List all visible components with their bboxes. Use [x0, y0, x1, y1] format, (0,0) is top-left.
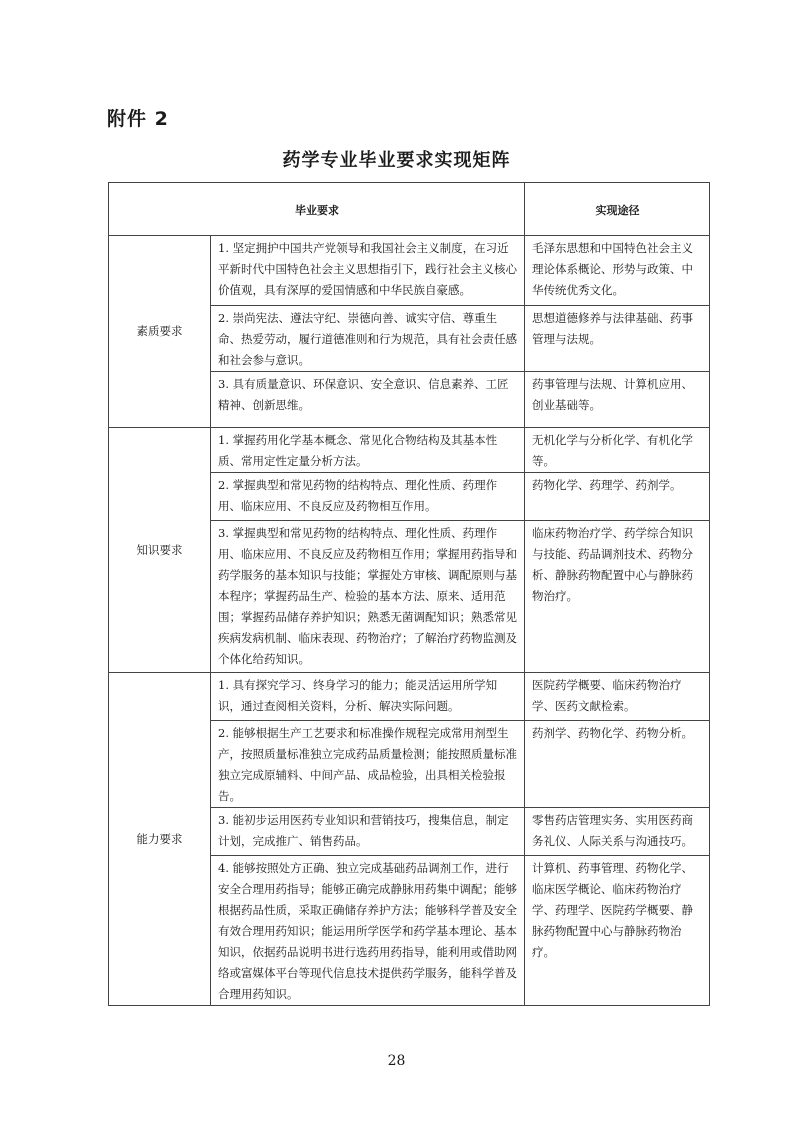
header-path: 实现途径: [525, 183, 710, 236]
table-header-row: 毕业要求 实现途径: [109, 183, 710, 236]
requirement-cell: 2. 崇尚宪法、遵法守纪、崇德向善、诚实守信、尊重生命、热爱劳动，履行道德准则和…: [211, 306, 525, 372]
requirement-cell: 3. 具有质量意识、环保意识、安全意识、信息素养、工匠精神、创新思维。: [211, 372, 525, 428]
path-cell: 计算机、药事管理、药物化学、临床医学概论、临床药物治疗学、药理学、医院药学概要、…: [525, 856, 710, 1006]
path-cell: 药剂学、药物化学、药物分析。: [525, 721, 710, 808]
document-title: 药学专业毕业要求实现矩阵: [0, 146, 793, 172]
path-cell: 零售药店管理实务、实用医药商务礼仪、人际关系与沟通技巧。: [525, 808, 710, 856]
path-cell: 无机化学与分析化学、有机化学等。: [525, 428, 710, 473]
path-cell: 毛泽东思想和中国特色社会主义理论体系概论、形势与政策、中华传统优秀文化。: [525, 236, 710, 306]
requirement-cell: 1. 坚定拥护中国共产党领导和我国社会主义制度，在习近平新时代中国特色社会主义思…: [211, 236, 525, 306]
category-cell: 能力要求: [109, 673, 211, 1006]
requirement-cell: 2. 掌握典型和常见药物的结构特点、理化性质、药理作用、临床应用、不良反应及药物…: [211, 473, 525, 521]
path-cell: 临床药物治疗学、药学综合知识与技能、药品调剂技术、药物分析、静脉药物配置中心与静…: [525, 521, 710, 673]
path-cell: 药物化学、药理学、药剂学。: [525, 473, 710, 521]
table-row: 能力要求 1. 具有探究学习、终身学习的能力；能灵活运用所学知识，通过查阅相关资…: [109, 673, 710, 721]
page-number: 28: [0, 1053, 793, 1069]
path-cell: 医院药学概要、临床药物治疗学、医药文献检索。: [525, 673, 710, 721]
requirement-cell: 4. 能够按照处方正确、独立完成基础药品调剂工作，进行安全合理用药指导；能够正确…: [211, 856, 525, 1006]
requirement-cell: 3. 掌握典型和常见药物的结构特点、理化性质、药理作用、临床应用、不良反应及药物…: [211, 521, 525, 673]
requirement-cell: 1. 具有探究学习、终身学习的能力；能灵活运用所学知识，通过查阅相关资料，分析、…: [211, 673, 525, 721]
requirement-cell: 2. 能够根据生产工艺要求和标准操作规程完成常用剂型生产，按照质量标准独立完成药…: [211, 721, 525, 808]
requirement-cell: 1. 掌握药用化学基本概念、常见化合物结构及其基本性质、常用定性定量分析方法。: [211, 428, 525, 473]
graduation-requirements-matrix: 毕业要求 实现途径 素质要求 1. 坚定拥护中国共产党领导和我国社会主义制度，在…: [108, 182, 710, 1006]
table-row: 素质要求 1. 坚定拥护中国共产党领导和我国社会主义制度，在习近平新时代中国特色…: [109, 236, 710, 306]
header-requirement: 毕业要求: [109, 183, 525, 236]
path-cell: 药事管理与法规、计算机应用、创业基础等。: [525, 372, 710, 428]
attachment-label: 附件 2: [107, 104, 169, 131]
category-cell: 知识要求: [109, 428, 211, 673]
requirement-cell: 3. 能初步运用医药专业知识和营销技巧，搜集信息，制定计划，完成推广、销售药品。: [211, 808, 525, 856]
category-cell: 素质要求: [109, 236, 211, 428]
path-cell: 思想道德修养与法律基础、药事管理与法规。: [525, 306, 710, 372]
table-row: 知识要求 1. 掌握药用化学基本概念、常见化合物结构及其基本性质、常用定性定量分…: [109, 428, 710, 473]
